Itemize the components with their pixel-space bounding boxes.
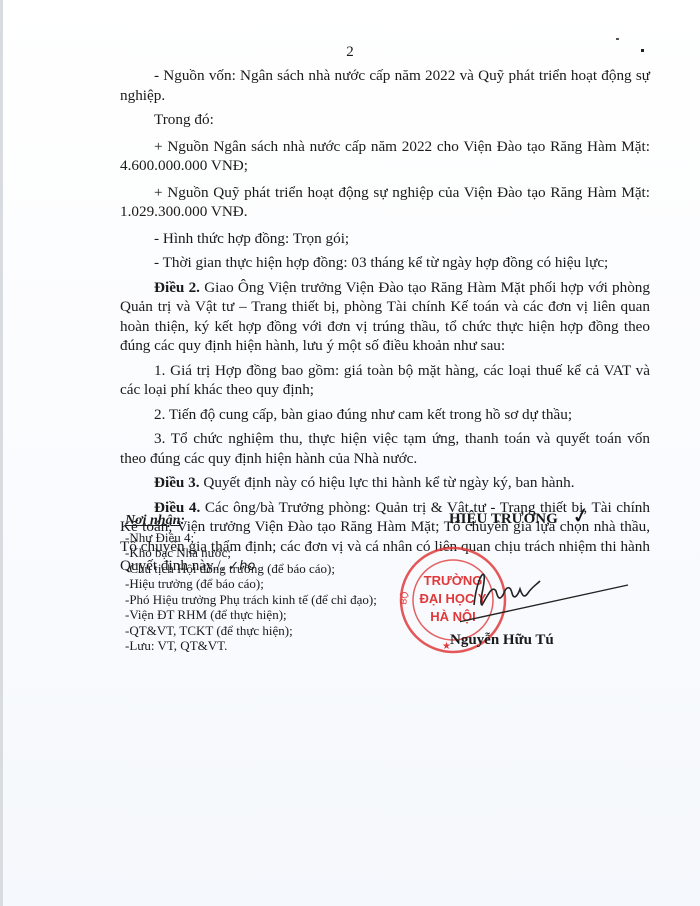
handwritten-signature-icon [460,565,630,625]
scan-speck [616,38,619,40]
article-2-item-1: 1. Giá trị Hợp đồng bao gồm: giá toàn bộ… [120,361,650,400]
contract-time-line: - Thời gian thực hiện hợp đồng: 03 tháng… [120,253,650,273]
document-body: - Nguồn vốn: Ngân sách nhà nước cấp năm … [120,66,650,577]
article-2-item-2: 2. Tiến độ cung cấp, bàn giao đúng như c… [120,405,650,425]
signer-title: HIỆU TRƯỞNG [449,511,558,528]
recipient-item: -Như Điều 4; [125,530,425,546]
article-2-item-3: 3. Tổ chức nghiệm thu, thực hiện việc tạ… [120,429,650,468]
state-budget-line: + Nguồn Ngân sách nhà nước cấp năm 2022 … [120,137,650,176]
dev-fund-line: + Nguồn Quỹ phát triển hoạt động sự nghi… [120,183,650,222]
signer-name: Nguyễn Hữu Tú [450,632,554,649]
recipient-item: -Kho bạc Nhà nước; [125,545,425,561]
article-2-label: Điều 2. [154,279,200,296]
page-edge-shadow [0,0,3,906]
recipient-item: -QT&VT, TCKT (để thực hiện); [125,623,425,639]
recipient-item: -Phó Hiệu trưởng Phụ trách kinh tế (để c… [125,592,425,608]
svg-text:BỘ: BỘ [398,591,410,606]
article-2: Điều 2. Giao Ông Viện trưởng Viện Đào tạ… [120,278,650,356]
in-which-label: Trong đó: [120,110,650,130]
recipient-item: -Lưu: VT, QT&VT. [125,638,425,654]
recipient-item: -Viện ĐT RHM (để thực hiện); [125,607,425,623]
article-3: Điều 3. Quyết định này có hiệu lực thi h… [120,473,650,493]
article-2-text: Giao Ông Viện trưởng Viện Đào tạo Răng H… [120,279,650,355]
recipients-title: Nơi nhận: [125,513,425,529]
article-3-text: Quyết định này có hiệu lực thi hành kể t… [200,474,575,491]
page-number: 2 [0,44,700,61]
recipients-block: Nơi nhận: -Như Điều 4; -Kho bạc Nhà nước… [125,513,425,654]
contract-form-line: - Hình thức hợp đồng: Trọn gói; [120,229,650,249]
recipient-item: -Hiệu trưởng (để báo cáo); [125,576,425,592]
document-page: 2 - Nguồn vốn: Ngân sách nhà nước cấp nă… [0,0,700,906]
recipient-item: -Chủ tịch Hội đồng trường (để báo cáo); [125,561,425,577]
article-3-label: Điều 3. [154,474,200,491]
funding-source: - Nguồn vốn: Ngân sách nhà nước cấp năm … [120,66,650,105]
